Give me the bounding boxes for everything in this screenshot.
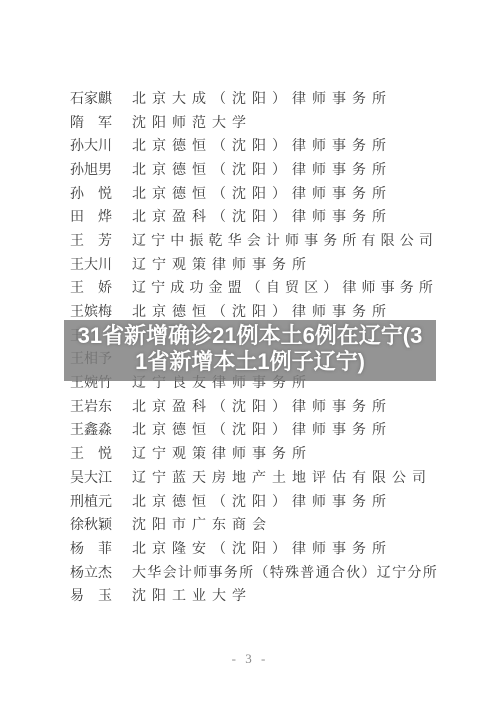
organization-name: 北京隆安（沈阳）律师事务所 <box>132 538 392 558</box>
person-name: 王大川 <box>70 254 112 274</box>
person-name: 杨 菲 <box>70 538 112 558</box>
person-name: 刑植元 <box>70 491 112 511</box>
table-row: 王岩东 北京盈科（沈阳）律师事务所 <box>70 394 470 418</box>
person-name: 孙 悦 <box>70 183 112 203</box>
organization-name: 北京盈科（沈阳）律师事务所 <box>132 206 392 226</box>
table-row: 孙旭男 北京德恒（沈阳）律师事务所 <box>70 157 470 181</box>
table-row: 隋 军 沈阳师范大学 <box>70 110 470 134</box>
person-name: 王 悦 <box>70 443 112 463</box>
organization-name: 北京大成（沈阳）律师事务所 <box>132 88 392 108</box>
organization-name: 辽宁蓝天房地产土地评估有限公司 <box>132 467 432 487</box>
table-row: 王 悦 辽宁观策律师事务所 <box>70 441 470 465</box>
person-name: 孙大川 <box>70 135 112 155</box>
person-name: 孙旭男 <box>70 159 112 179</box>
table-row: 田 烨 北京盈科（沈阳）律师事务所 <box>70 204 470 228</box>
table-row: 杨 菲 北京隆安（沈阳）律师事务所 <box>70 536 470 560</box>
table-row: 王鑫淼 北京德恒（沈阳）律师事务所 <box>70 418 470 442</box>
news-title-line-1: 31省新增确诊21例本土6例在辽宁(3 <box>64 323 436 349</box>
organization-name: 北京德恒（沈阳）律师事务所 <box>132 419 392 439</box>
organization-name: 辽宁中振乾华会计师事务所有限公司 <box>132 230 438 250</box>
document-page: 石家麒 北京大成（沈阳）律师事务所 隋 军 沈阳师范大学 孙大川 北京德恒（沈阳… <box>0 0 500 704</box>
news-title-overlay[interactable]: 31省新增确诊21例本土6例在辽宁(3 1省新增本土1例子辽宁) <box>64 320 436 381</box>
table-row: 易 玉 沈阳工业大学 <box>70 583 470 607</box>
person-name: 易 玉 <box>70 585 112 605</box>
table-row: 杨立杰 大华会计师事务所（特殊普通合伙）辽宁分所 <box>70 560 470 584</box>
table-row: 王 娇 辽宁成功金盟（自贸区）律师事务所 <box>70 276 470 300</box>
person-name: 石家麒 <box>70 88 112 108</box>
page-number: - 3 - <box>0 651 500 667</box>
table-row: 孙大川 北京德恒（沈阳）律师事务所 <box>70 133 470 157</box>
organization-name: 沈阳市广东商会 <box>132 514 272 534</box>
news-title-line-2: 1省新增本土1例子辽宁) <box>64 349 436 375</box>
table-row: 吴大江 辽宁蓝天房地产土地评估有限公司 <box>70 465 470 489</box>
organization-name: 沈阳师范大学 <box>132 112 252 132</box>
organization-name: 辽宁成功金盟（自贸区）律师事务所 <box>132 277 438 297</box>
organization-name: 北京德恒（沈阳）律师事务所 <box>132 491 392 511</box>
organization-name: 辽宁观策律师事务所 <box>132 254 312 274</box>
table-row: 王 芳 辽宁中振乾华会计师事务所有限公司 <box>70 228 470 252</box>
organization-name: 北京德恒（沈阳）律师事务所 <box>132 135 392 155</box>
table-row: 孙 悦 北京德恒（沈阳）律师事务所 <box>70 181 470 205</box>
organization-name: 北京德恒（沈阳）律师事务所 <box>132 183 392 203</box>
person-name: 杨立杰 <box>70 562 112 582</box>
person-name: 王鑫淼 <box>70 419 112 439</box>
person-name: 王 芳 <box>70 230 112 250</box>
table-row: 徐秋颖 沈阳市广东商会 <box>70 512 470 536</box>
person-name: 隋 军 <box>70 112 112 132</box>
table-row: 王大川 辽宁观策律师事务所 <box>70 252 470 276</box>
person-name: 王岩东 <box>70 396 112 416</box>
person-name: 吴大江 <box>70 467 112 487</box>
person-name: 徐秋颖 <box>70 514 112 534</box>
table-row: 石家麒 北京大成（沈阳）律师事务所 <box>70 86 470 110</box>
organization-name: 北京盈科（沈阳）律师事务所 <box>132 396 392 416</box>
organization-name: 辽宁观策律师事务所 <box>132 443 312 463</box>
organization-name: 沈阳工业大学 <box>132 585 252 605</box>
person-name: 王嫔梅 <box>70 301 112 321</box>
organization-name: 北京德恒（沈阳）律师事务所 <box>132 301 392 321</box>
table-row: 刑植元 北京德恒（沈阳）律师事务所 <box>70 489 470 513</box>
organization-name: 大华会计师事务所（特殊普通合伙）辽宁分所 <box>132 562 438 582</box>
person-name: 田 烨 <box>70 206 112 226</box>
person-name: 王 娇 <box>70 277 112 297</box>
organization-name: 北京德恒（沈阳）律师事务所 <box>132 159 392 179</box>
